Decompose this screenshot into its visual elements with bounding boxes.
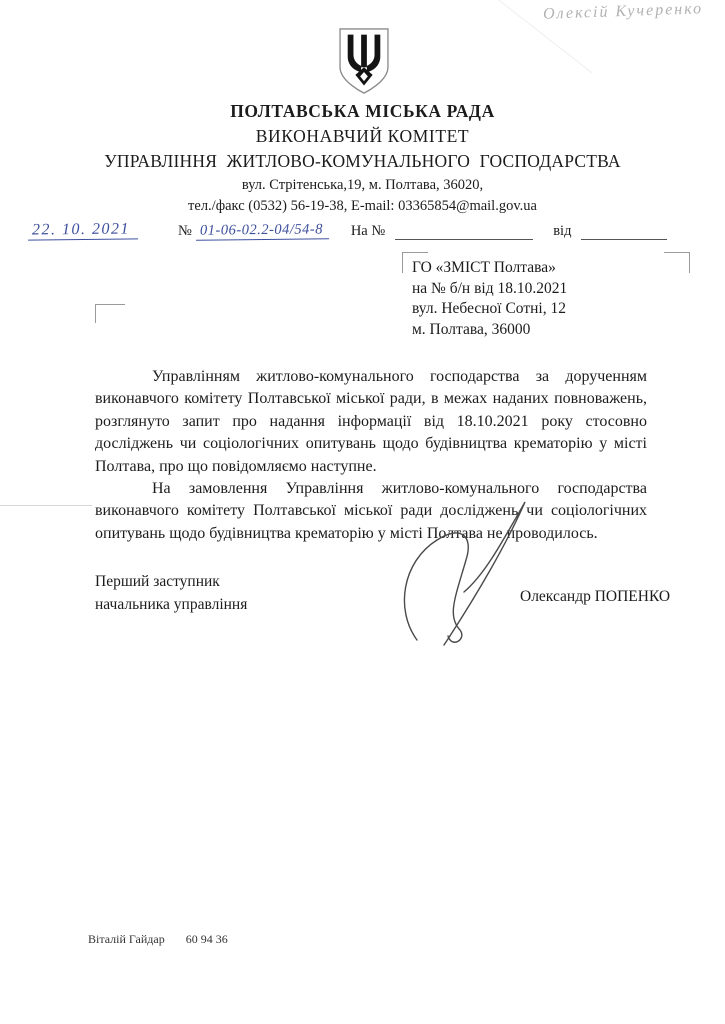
handwritten-date: 22. 10. 2021 <box>28 220 138 240</box>
executor-footer: Віталій Гайдар 60 94 36 <box>88 932 228 947</box>
reference-line: 22. 10. 2021 № 01-06-02.2-04/54-8 На № в… <box>28 221 700 240</box>
from-date-blank <box>581 224 667 240</box>
signatory-title: Перший заступник начальника управління <box>95 570 247 616</box>
executor-phone: 60 94 36 <box>186 932 228 946</box>
scan-crease <box>0 505 92 506</box>
org-department: УПРАВЛІННЯ ЖИТЛОВО-КОМУНАЛЬНОГО ГОСПОДАР… <box>0 151 725 172</box>
signatory-title-line1: Перший заступник <box>95 570 247 593</box>
recipient-name: ГО «ЗМІСТ Полтава» <box>412 258 567 279</box>
org-name: ПОЛТАВСЬКА МІСЬКА РАДА <box>0 101 725 122</box>
recipient-block: ГО «ЗМІСТ Полтава» на № б/н від 18.10.20… <box>412 258 567 340</box>
number-label: № <box>178 223 192 240</box>
executor-name: Віталій Гайдар <box>88 932 165 946</box>
org-committee: ВИКОНАВЧИЙ КОМІТЕТ <box>0 126 725 147</box>
body-paragraph-2: На замовлення Управління житлово-комунал… <box>95 478 647 545</box>
handwritten-signature <box>392 498 530 670</box>
recipient-street: вул. Небесної Сотні, 12 <box>412 299 567 320</box>
signatory-name: Олександр ПОПЕНКО <box>520 588 670 606</box>
reply-to-label: На № <box>351 223 385 240</box>
signatory-title-line2: начальника управління <box>95 593 247 616</box>
from-date-label: від <box>553 223 571 240</box>
handwritten-annotation: Олексій Кучеренко <box>543 0 704 24</box>
letter-body: Управлінням житлово-комунального господа… <box>95 366 647 545</box>
ukraine-trident-emblem-icon <box>333 27 395 96</box>
scanned-letter-page: Олексій Кучеренко ПОЛТАВСЬКА МІСЬКА РАДА… <box>0 0 725 1024</box>
recipient-ref: на № б/н від 18.10.2021 <box>412 279 567 300</box>
recipient-city: м. Полтава, 36000 <box>412 320 567 341</box>
org-contacts: тел./факс (0532) 56-19-38, E-mail: 03365… <box>0 198 725 215</box>
reply-number-blank <box>395 224 533 240</box>
body-paragraph-1: Управлінням житлово-комунального господа… <box>95 366 647 478</box>
margin-corner-mark <box>95 304 125 323</box>
org-address: вул. Стрітенська,19, м. Полтава, 36020, <box>0 177 725 194</box>
recipient-corner-mark-right <box>664 252 690 273</box>
handwritten-number: 01-06-02.2-04/54-8 <box>196 221 329 240</box>
